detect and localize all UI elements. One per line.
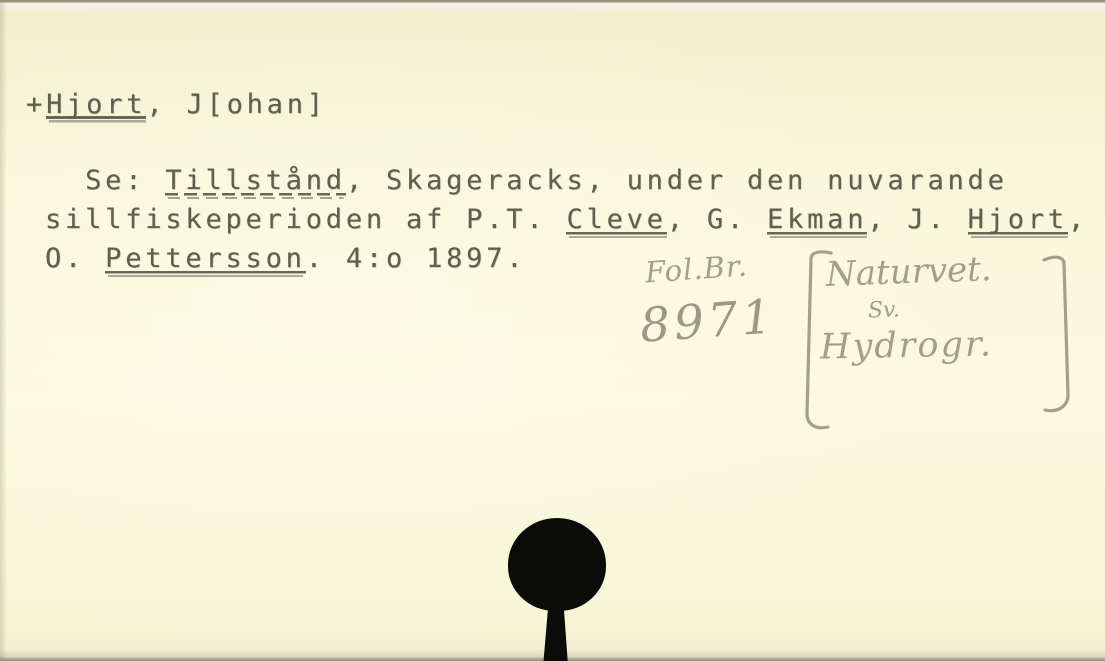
- subject-line-1: Naturvet.: [825, 249, 992, 295]
- heading-rest: , J[ohan]: [146, 89, 327, 120]
- scan-edge-top: [0, 0, 1105, 12]
- referenced-title: Tillstånd: [165, 165, 346, 199]
- text-segment: . 4:o 1897.: [306, 243, 527, 274]
- card-heading: +Hjort, J[ohan]: [26, 88, 327, 122]
- text-segment: O.: [45, 243, 105, 274]
- reference-line-1: Se: Tillstånd, Skageracks, under den nuv…: [45, 164, 1008, 198]
- author-ekman: Ekman: [767, 204, 867, 238]
- heading-prefix: +: [26, 89, 46, 120]
- bracket-right-icon: [1038, 250, 1078, 425]
- text-segment: Se:: [45, 165, 165, 196]
- reference-line-2: sillfiskeperioden af P.T. Cleve, G. Ekma…: [45, 203, 1088, 237]
- reference-line-3: O. Pettersson. 4:o 1897.: [45, 242, 526, 276]
- text-segment: ,: [1068, 204, 1088, 235]
- text-segment: , J.: [867, 204, 967, 235]
- shelfmark-format: Fol.Br.: [644, 248, 749, 289]
- text-segment: , Skageracks, under den nuvarande: [346, 165, 1008, 196]
- text-segment: , G.: [667, 204, 767, 235]
- subject-line-2: Sv.: [868, 297, 901, 323]
- author-hjort: Hjort: [968, 204, 1068, 238]
- author-cleve: Cleve: [566, 204, 666, 238]
- shelfmark-number: 8971: [638, 289, 777, 353]
- catalog-card-scan: +Hjort, J[ohan] Se: Tillstånd, Skagerack…: [0, 0, 1105, 661]
- subject-line-3: Hydrogr.: [820, 324, 994, 367]
- author-pettersson: Pettersson: [105, 243, 306, 277]
- text-segment: sillfiskeperioden af P.T.: [45, 204, 566, 235]
- author-name: Hjort: [46, 89, 146, 123]
- scan-edge-left: [0, 0, 7, 661]
- hole-punch: [508, 518, 606, 611]
